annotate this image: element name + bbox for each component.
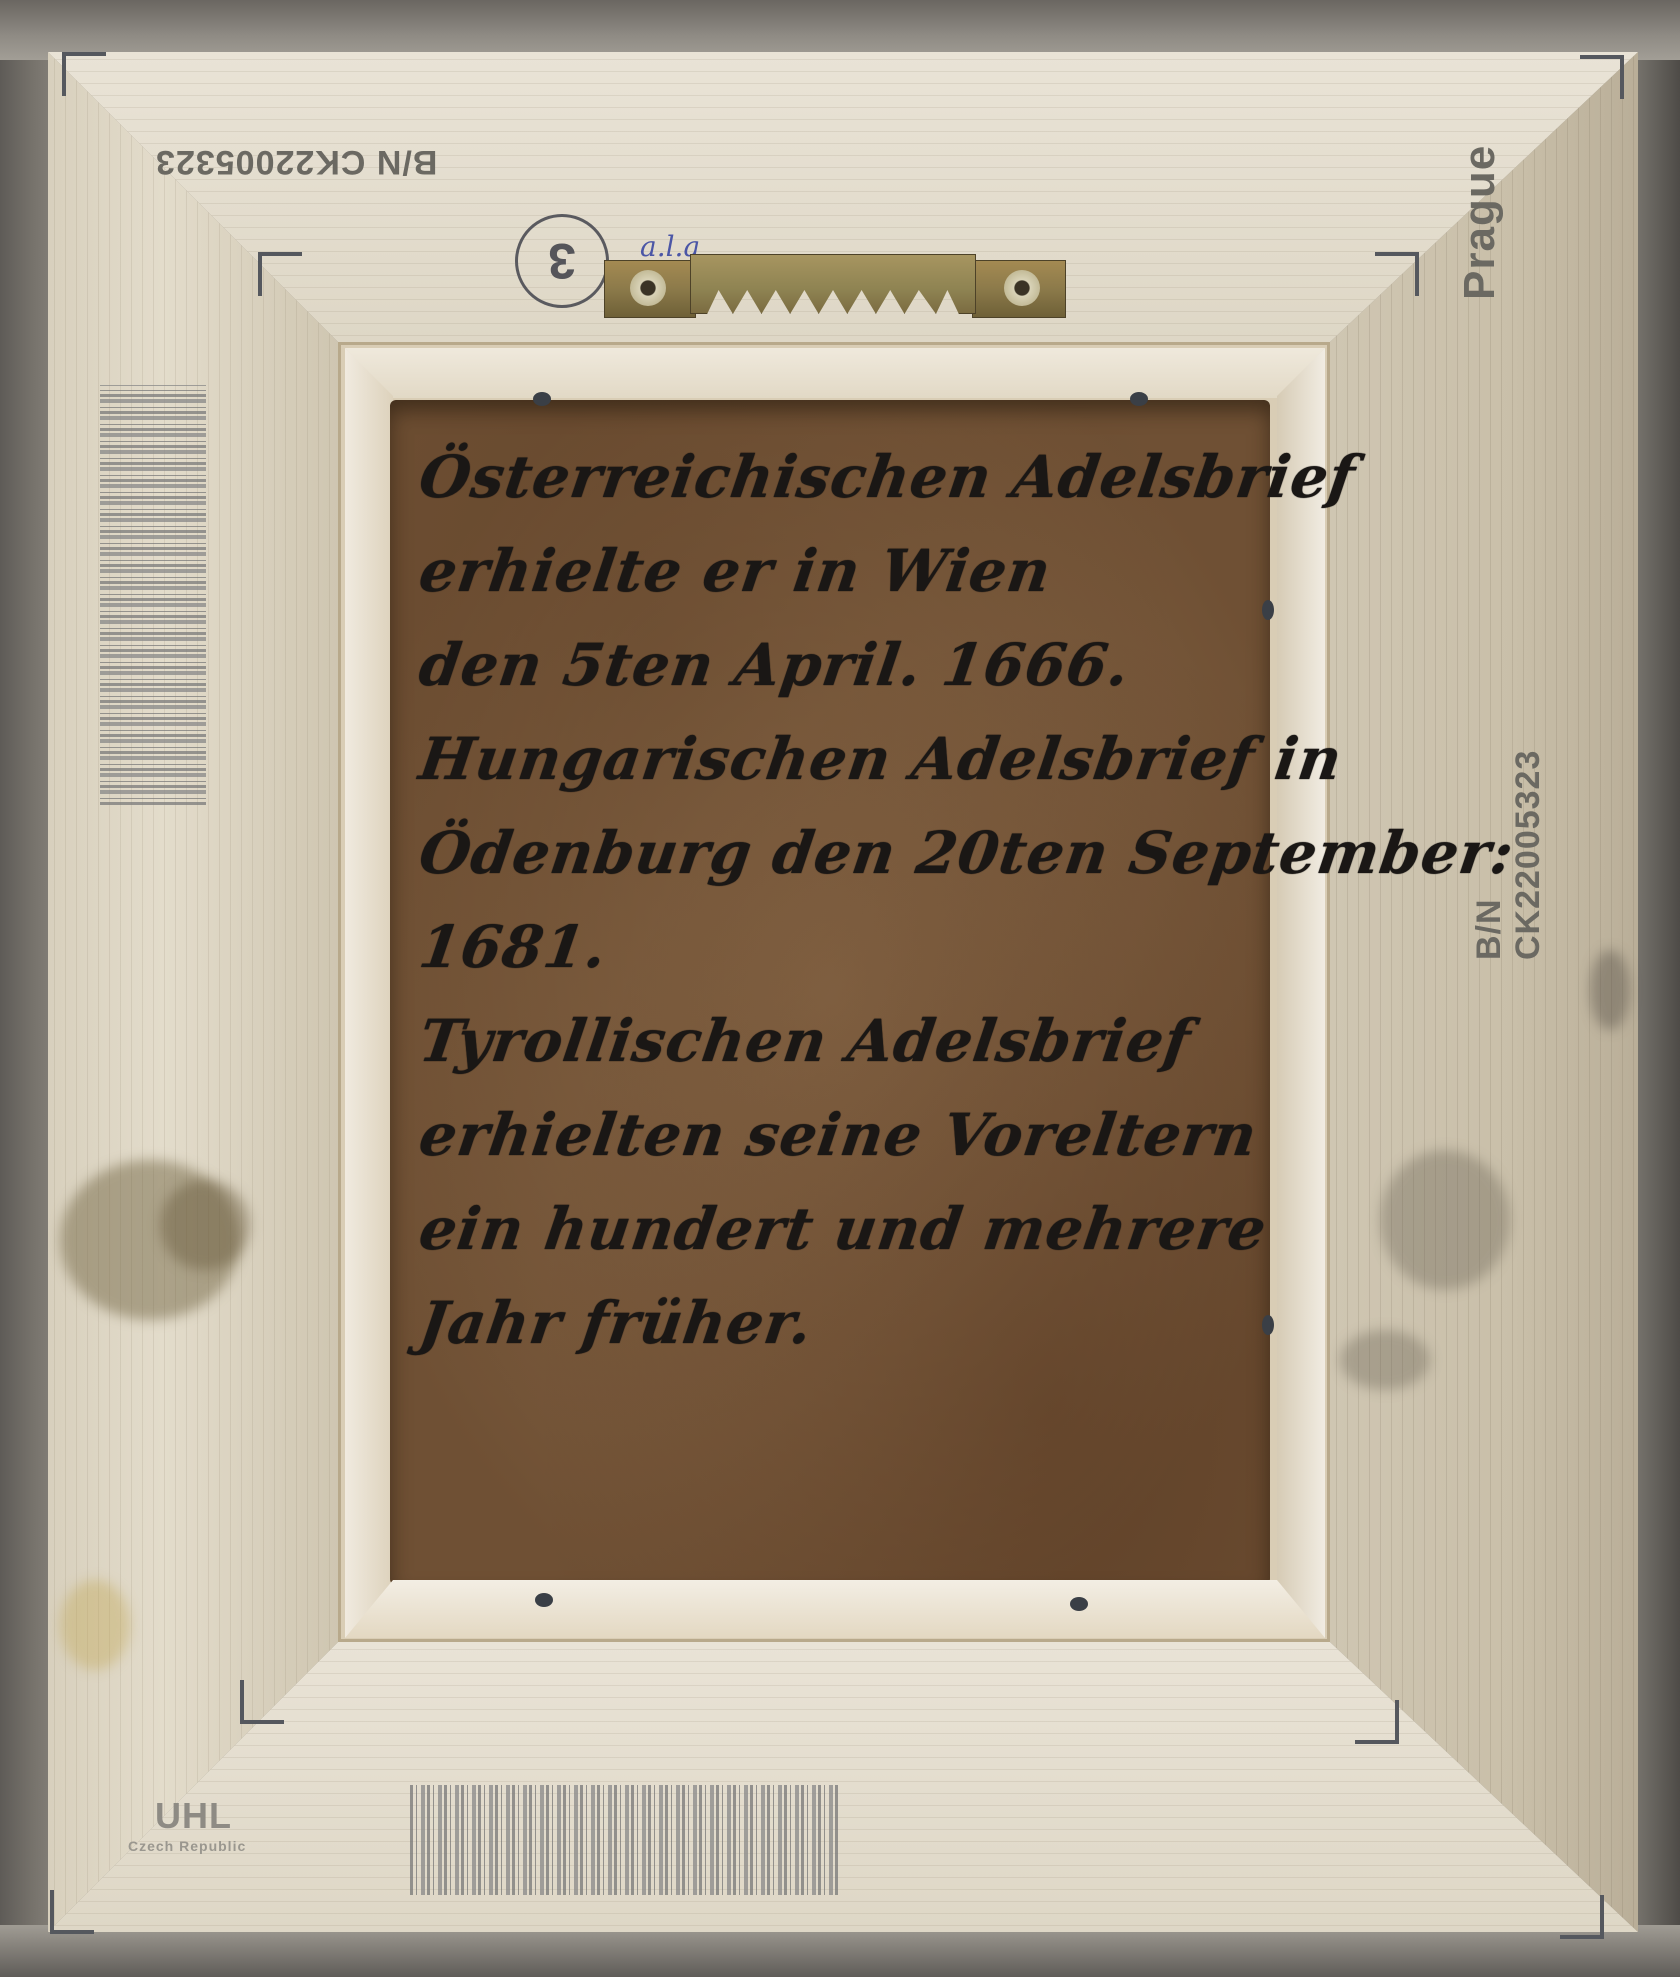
- dark-smudge: [1380, 1150, 1510, 1290]
- inscription-line: erhielte er in Wien: [413, 524, 1266, 618]
- circled-number: 3: [548, 232, 576, 290]
- nail-icon: [535, 1593, 553, 1607]
- inscription-line: Ödenburg den 20ten September:: [413, 806, 1266, 900]
- inscription-line: ein hundert und mehrere: [413, 1182, 1266, 1276]
- handwritten-inscription: Österreichischen Adelsbrief erhielte er …: [420, 430, 1260, 1370]
- inscription-line: Hungarischen Adelsbrief in: [413, 712, 1266, 806]
- nail-icon: [1262, 1315, 1274, 1335]
- staple-icon: [240, 1680, 284, 1724]
- nail-icon: [1130, 392, 1148, 406]
- printed-city-label: Prague: [1455, 145, 1505, 300]
- inscription-line: den 5ten April. 1666.: [413, 618, 1266, 712]
- staple-icon: [1355, 1700, 1399, 1744]
- screw-icon: [630, 270, 666, 306]
- dark-smudge: [1590, 950, 1630, 1030]
- screw-icon: [1004, 270, 1040, 306]
- printed-batch-number-top: B/N CK22005323: [155, 142, 437, 181]
- staple-icon: [1580, 55, 1624, 99]
- inscription-line: Österreichischen Adelsbrief: [413, 430, 1266, 524]
- nail-icon: [1070, 1597, 1088, 1611]
- staple-icon: [62, 52, 106, 96]
- barcode-bottom: [410, 1785, 838, 1895]
- water-stain: [160, 1180, 250, 1270]
- liner-bottom: [345, 1580, 1325, 1638]
- staple-icon: [1375, 252, 1419, 296]
- inscription-line: Jahr früher.: [413, 1276, 1266, 1370]
- inscription-line: erhielten seine Voreltern: [413, 1088, 1266, 1182]
- printed-brand-label: UHL: [155, 1795, 232, 1837]
- printed-country-label: Czech Republic: [128, 1838, 246, 1854]
- staple-icon: [1560, 1895, 1604, 1939]
- hanger-sawtooth-bar: [690, 254, 976, 314]
- nail-icon: [1262, 600, 1274, 620]
- liner-top: [345, 348, 1325, 398]
- liner-right: [1277, 348, 1325, 1638]
- inscription-line: Tyrollischen Adelsbrief: [413, 994, 1266, 1088]
- yellow-stain: [60, 1580, 130, 1670]
- liner-left: [345, 348, 393, 1638]
- dark-smudge: [1340, 1330, 1430, 1390]
- outer-frame-bottom-edge: [0, 1925, 1680, 1977]
- staple-icon: [258, 252, 302, 296]
- nail-icon: [533, 392, 551, 406]
- sawtooth-hanger: [604, 254, 1064, 320]
- circled-number-mark: 3: [515, 214, 609, 308]
- staple-icon: [50, 1890, 94, 1934]
- barcode-left: [100, 385, 206, 805]
- outer-frame-top-edge: [0, 0, 1680, 60]
- inscription-line: 1681.: [413, 900, 1266, 994]
